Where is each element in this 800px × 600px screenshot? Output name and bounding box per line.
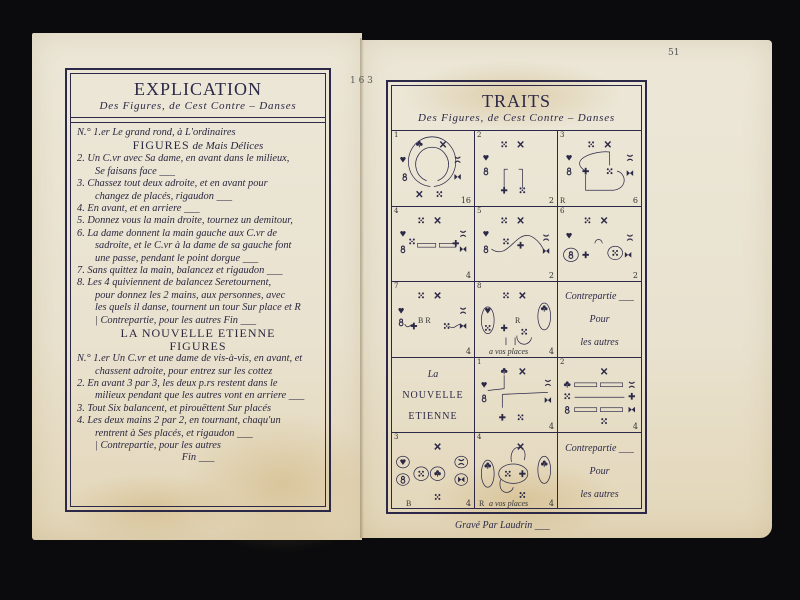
explication-line: milieux pendant que les autres vont en a…: [77, 390, 319, 402]
figure-cell: 62: [558, 207, 641, 283]
figure-number: 1: [394, 131, 398, 139]
figure-caption: a vos places: [489, 499, 528, 508]
explication-line: 5. Donnez vous la main droite, tournez u…: [77, 215, 319, 227]
dance-figure-diagram: [392, 282, 474, 357]
explication-line: 7. Sans quittez la main, balancez et rig…: [77, 265, 319, 277]
explication-line: 4. En avant, et en arriere ___: [77, 203, 319, 215]
figure-mark: R: [479, 499, 484, 508]
figure-number: 8: [477, 282, 481, 290]
dance-figure-diagram: [558, 358, 641, 433]
explication-line: rentrent à Ses placés, et rigaudon ___: [77, 428, 319, 440]
cell-text-line: Contrepartie ___: [565, 291, 634, 302]
explication-line: pour donnez les 2 mains, aux personnes, …: [77, 290, 319, 302]
explication-line: N.° 1.er Un C.vr et une dame de vis-à-vi…: [77, 353, 319, 365]
fin-line: Fin ___: [77, 452, 319, 464]
measure-count: 16: [461, 196, 471, 205]
measure-count: 4: [466, 347, 471, 356]
dance-figure-diagram: [392, 433, 474, 509]
figure-cell: 44Ra vos places: [475, 433, 558, 509]
figure-number: 3: [560, 131, 564, 139]
explication-line: | Contrepartie, pour les autres: [77, 440, 319, 452]
figure-mark: B R: [418, 316, 431, 325]
explication-line: 6. La dame donnent la main gauche aux C.…: [77, 228, 319, 240]
cell-text: Contrepartie ___Pourles autres: [558, 433, 641, 509]
figure-cell: 24: [558, 358, 641, 434]
figure-number: 5: [477, 207, 481, 215]
figure-cell: 84Ra vos places: [475, 282, 558, 358]
explication-line: les quels il danse, tournent un tour Sur…: [77, 302, 319, 314]
figure-cell: 74B R: [392, 282, 475, 358]
measure-count: 2: [549, 271, 554, 280]
section-heading-text: LA NOUVELLE ETIENNE: [121, 326, 276, 340]
figure-mark: R: [515, 316, 520, 325]
explication-inner-frame: EXPLICATION Des Figures, de Cest Contre …: [70, 73, 326, 507]
explication-line: 3. Chassez tout deux adroite, et en avan…: [77, 178, 319, 190]
explication-title: EXPLICATION: [71, 80, 325, 98]
dance-figure-diagram: [475, 358, 557, 433]
dance-figure-diagram: [475, 207, 557, 282]
cell-text: Contrepartie ___Pourles autres: [558, 282, 641, 357]
traits-header: TRAITS Des Figures, de Cest Contre – Dan…: [392, 86, 641, 130]
figure-caption: a vos places: [489, 347, 528, 356]
cell-text-line: Contrepartie ___: [565, 443, 634, 454]
explication-line: 2. En avant 3 par 3, les deux p.rs reste…: [77, 378, 319, 390]
figure-number: 7: [394, 282, 398, 290]
figure-number: 4: [477, 433, 481, 441]
cell-text-line: Pour: [590, 314, 610, 325]
dance-figure-diagram: [558, 131, 641, 206]
explication-line: 3. Tout Six balancent, et pirouëttent Su…: [77, 403, 319, 415]
book-gutter: [360, 38, 364, 538]
cell-text-line: les autres: [580, 489, 618, 500]
traits-title: TRAITS: [392, 92, 641, 110]
section-heading-suffix: de Mais Délices: [190, 140, 264, 152]
figure-mark: R: [560, 196, 565, 205]
explication-text: N.° 1.er Le grand rond, à L'ordinairesFI…: [71, 122, 325, 465]
measure-count: 2: [633, 271, 638, 280]
dance-figure-diagram: [475, 131, 557, 206]
section-heading: FIGURES de Mais Délices: [77, 139, 319, 153]
measure-count: 4: [633, 422, 638, 431]
cell-text: LaNOUVELLEETIENNE: [392, 358, 474, 433]
figure-cell: 52: [475, 207, 558, 283]
figure-mark: B: [406, 499, 411, 508]
figure-cell: 22: [475, 131, 558, 207]
cell-text-line: ETIENNE: [408, 411, 457, 422]
measure-count: 4: [549, 347, 554, 356]
dance-figure-diagram: [475, 433, 557, 509]
cell-text-line: La: [428, 369, 439, 380]
explication-line: changez de placés, rigaudon ___: [77, 191, 319, 203]
explication-frame: EXPLICATION Des Figures, de Cest Contre …: [65, 68, 331, 512]
figure-number: 4: [394, 207, 398, 215]
section-heading-text: FIGURES: [133, 138, 190, 152]
section-heading: FIGURES: [77, 340, 319, 353]
measure-count: 2: [549, 196, 554, 205]
traits-frame: TRAITS Des Figures, de Cest Contre – Dan…: [386, 80, 647, 514]
text-cell: Contrepartie ___Pourles autres: [558, 433, 641, 509]
engraver-credit: Gravé Par Laudrin ___: [455, 520, 550, 531]
explication-header: EXPLICATION Des Figures, de Cest Contre …: [71, 74, 325, 118]
page-number-corner: 51: [668, 48, 679, 58]
measure-count: 4: [466, 499, 471, 508]
traits-subtitle: Des Figures, de Cest Contre – Danses: [392, 112, 641, 124]
explication-line: 8. Les 4 quiviennent de balancez Seretou…: [77, 277, 319, 289]
explication-line: 2. Un C.vr avec Sa dame, en avant dans l…: [77, 153, 319, 165]
cell-text-line: Pour: [590, 466, 610, 477]
figure-cell: 36R: [558, 131, 641, 207]
measure-count: 4: [466, 271, 471, 280]
measure-count: 6: [633, 196, 638, 205]
figure-cell: 14: [475, 358, 558, 434]
figures-grid: 1162236R44526274B R84Ra vos placesContre…: [392, 130, 641, 509]
traits-inner-frame: TRAITS Des Figures, de Cest Contre – Dan…: [391, 85, 642, 509]
figure-number: 6: [560, 207, 564, 215]
explication-line: Se faisans face ___: [77, 166, 319, 178]
page-number-margin: 1 6 3: [350, 76, 373, 86]
section-heading-text: FIGURES: [169, 339, 226, 353]
text-cell: LaNOUVELLEETIENNE: [392, 358, 475, 434]
figure-number: 1: [477, 358, 481, 366]
explication-line: une passe, pendant le point dorgue ___: [77, 253, 319, 265]
figure-cell: 44: [392, 207, 475, 283]
explication-line: sadroite, et le C.vr à la dame de sa gau…: [77, 240, 319, 252]
cell-text-line: les autres: [580, 337, 618, 348]
explication-line: 4. Les deux mains 2 par 2, en tournant, …: [77, 415, 319, 427]
figure-cell: 34B: [392, 433, 475, 509]
figure-number: 2: [477, 131, 481, 139]
measure-count: 4: [549, 422, 554, 431]
text-cell: Contrepartie ___Pourles autres: [558, 282, 641, 358]
figure-number: 3: [394, 433, 398, 441]
explication-subtitle: Des Figures, de Cest Contre – Danses: [71, 100, 325, 112]
explication-line: chassent adroite, pour entrez sur les co…: [77, 366, 319, 378]
cell-text-line: NOUVELLE: [402, 390, 463, 401]
figure-number: 2: [560, 358, 564, 366]
measure-count: 4: [549, 499, 554, 508]
dance-figure-diagram: [392, 131, 474, 206]
explication-line: N.° 1.er Le grand rond, à L'ordinaires: [77, 127, 319, 139]
dance-figure-diagram: [558, 207, 641, 282]
dance-figure-diagram: [392, 207, 474, 282]
figure-cell: 116: [392, 131, 475, 207]
